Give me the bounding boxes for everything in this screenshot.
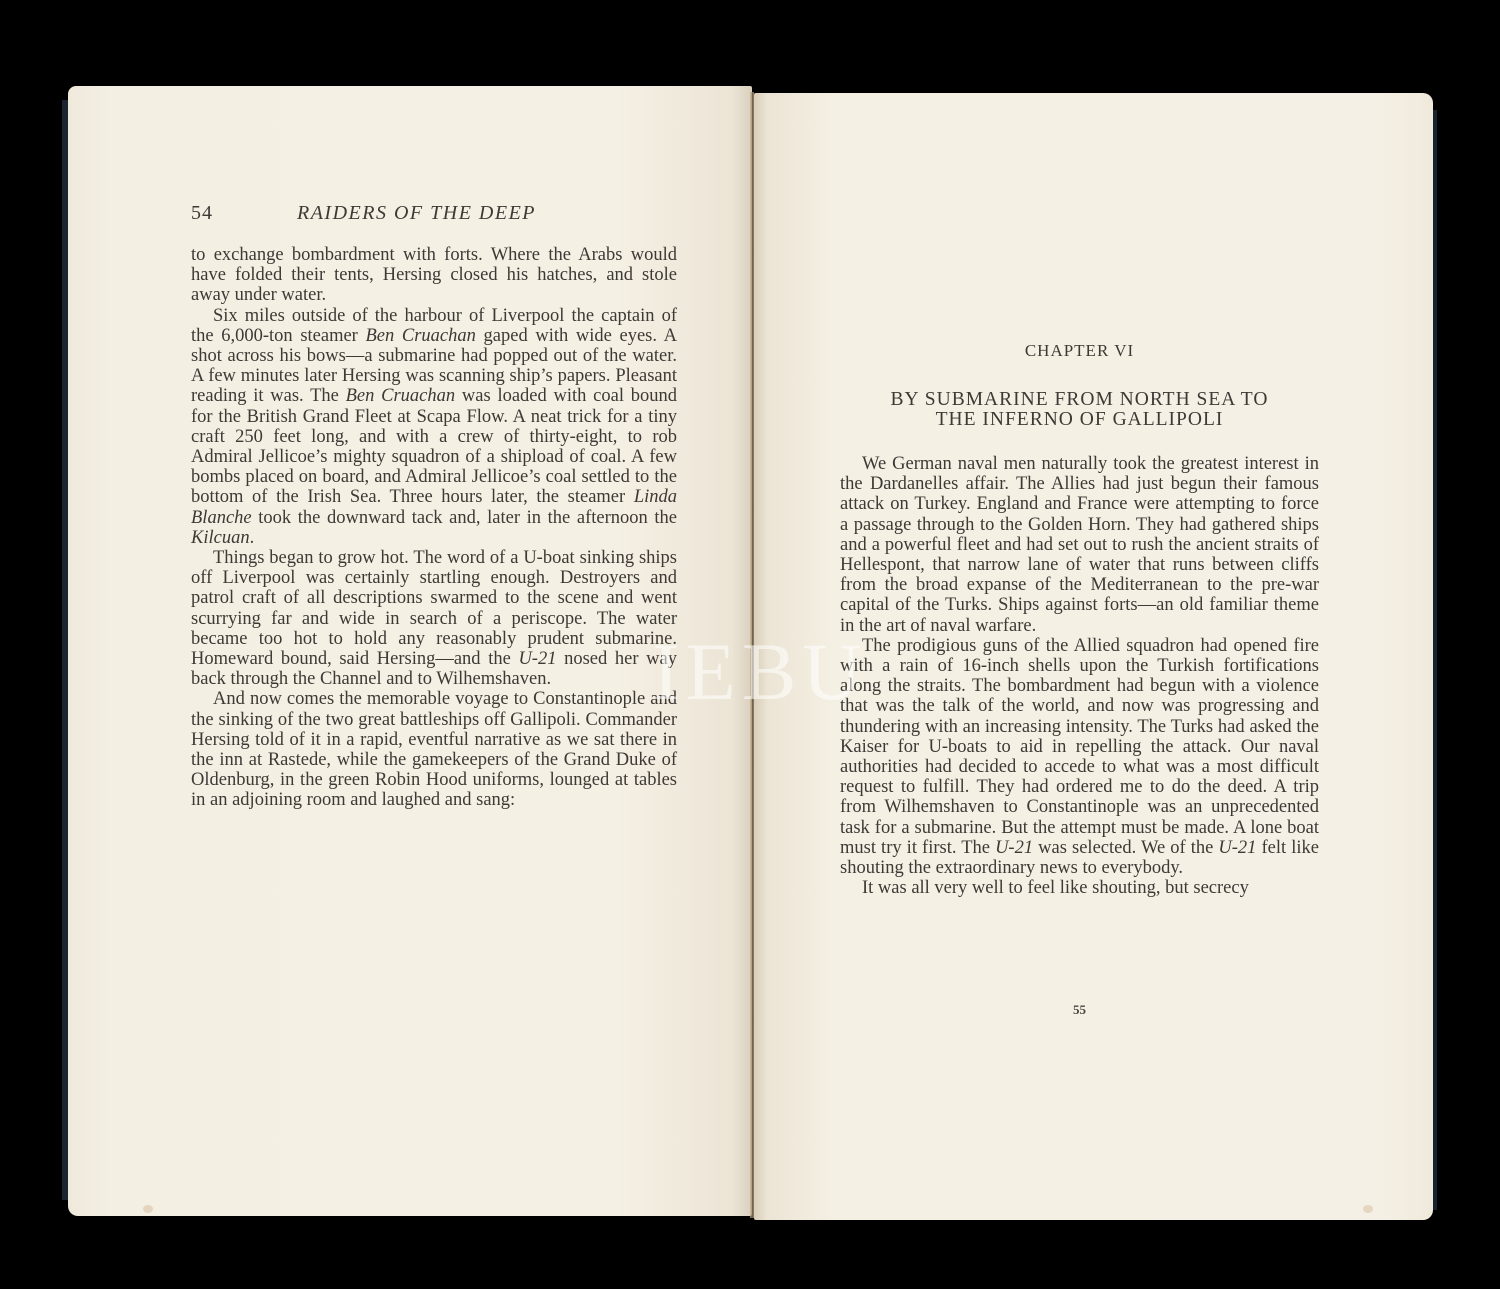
text-run: was selected. We of the xyxy=(1033,838,1218,858)
italic-text: Ben Cruachan xyxy=(346,386,456,406)
italic-text: Ben Cruachan xyxy=(365,326,475,346)
running-head: 54 RAIDERS OF THE DEEP xyxy=(191,202,677,230)
paragraph: It was all very well to feel like shouti… xyxy=(840,878,1319,898)
chapter-label: CHAPTER VI xyxy=(840,341,1319,361)
text-run: took the downward tack and, later in the… xyxy=(252,508,677,528)
right-page-body: We German naval men naturally took the g… xyxy=(840,454,1319,898)
paper-stain xyxy=(143,1205,153,1213)
open-book: 54 RAIDERS OF THE DEEP to exchange bomba… xyxy=(0,0,1500,1289)
chapter-title-line: BY SUBMARINE FROM NORTH SEA TO xyxy=(840,390,1319,410)
text-run: The prodigious guns of the Allied squadr… xyxy=(840,636,1319,858)
left-page-body: to exchange bombardment with forts. Wher… xyxy=(191,245,677,811)
text-run: And now comes the memorable voyage to Co… xyxy=(191,689,677,810)
italic-text: U-21 xyxy=(518,649,556,669)
chapter-title: BY SUBMARINE FROM NORTH SEA TO THE INFER… xyxy=(840,390,1319,430)
paragraph: to exchange bombardment with forts. Wher… xyxy=(191,245,677,306)
text-run: to exchange bombardment with forts. Wher… xyxy=(191,245,677,305)
paper-stain xyxy=(1363,1205,1373,1213)
paragraph: Things began to grow hot. The word of a … xyxy=(191,548,677,689)
text-run: We German naval men naturally took the g… xyxy=(840,454,1319,636)
book-gutter xyxy=(750,92,754,1218)
page-number-left: 54 xyxy=(191,202,213,225)
running-head-title: RAIDERS OF THE DEEP xyxy=(297,202,536,225)
italic-text: U-21 xyxy=(995,838,1033,858)
paragraph: And now comes the memorable voyage to Co… xyxy=(191,689,677,810)
paragraph: We German naval men naturally took the g… xyxy=(840,454,1319,636)
text-run: It was all very well to feel like shouti… xyxy=(862,878,1249,898)
paragraph: The prodigious guns of the Allied squadr… xyxy=(840,636,1319,878)
page-number-right: 55 xyxy=(840,1002,1319,1018)
paragraph: Six miles outside of the harbour of Live… xyxy=(191,306,677,548)
italic-text: Kilcuan xyxy=(191,528,250,548)
chapter-title-line: THE INFERNO OF GALLIPOLI xyxy=(840,410,1319,430)
italic-text: U-21 xyxy=(1218,838,1256,858)
text-run: . xyxy=(250,528,255,548)
